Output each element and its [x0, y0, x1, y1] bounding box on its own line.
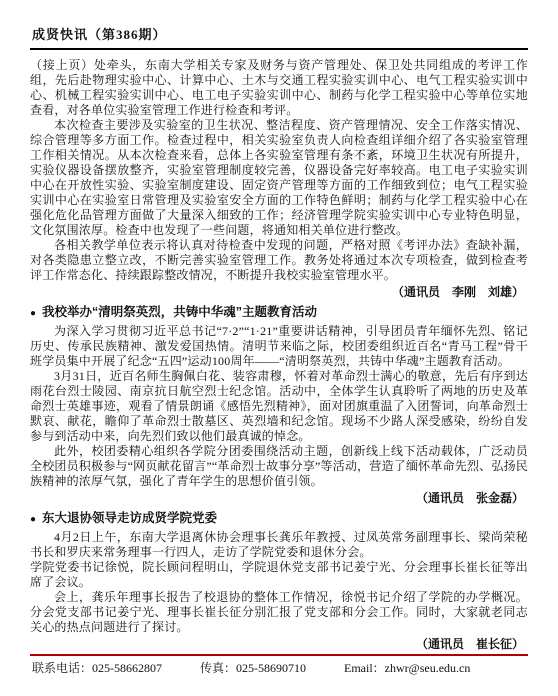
article3-paragraph: 会上，龚乐年理事长报告了校退协的整体工作情况，徐悦书记介绍了学院的办学概况。分会…: [30, 590, 528, 635]
article2-paragraph: 为深入学习贯彻习近平总书记“7·2”“1·21”重要讲话精神，引导团员青年缅怀先…: [30, 324, 528, 369]
bullet-icon: ●: [30, 512, 36, 528]
article1-paragraph: 本次检查主要涉及实验室的卫生状况、整洁程度、资产管理情况、安全工作落实情况、综合…: [30, 118, 528, 238]
article1-paragraph: 各相关教学单位表示将认真对待检查中发现的问题，严格对照《考评办法》查缺补漏，对各…: [30, 238, 528, 283]
newsletter-masthead: 成贤快讯（第386期）: [30, 24, 528, 50]
newsletter-body: （接上页）处牵头，东南大学相关专家及财务与资产管理处、保卫处共同组成的考评工作组…: [30, 50, 528, 654]
footer-fax: 传真：025-58690710: [200, 661, 306, 676]
article3-heading: ● 东大退协领导走访成贤学院党委: [30, 510, 528, 528]
article3-heading-text: 东大退协领导走访成贤学院党委: [42, 510, 217, 526]
article2-heading-text: 我校举办“清明祭英烈，共铸中华魂”主题教育活动: [42, 304, 317, 320]
newsletter-title: 成贤快讯（第386期）: [32, 27, 167, 42]
article2-paragraph: 3月31日，近百名师生胸佩白花、装容肃穆，怀着对革命烈士满心的敬意，先后有序到达…: [30, 369, 528, 444]
article1-paragraph: （接上页）处牵头，东南大学相关专家及财务与资产管理处、保卫处共同组成的考评工作组…: [30, 58, 528, 118]
article2-paragraph: 此外，校团委精心组织各学院分团委围绕活动主题，创新线上线下活动载体，广泛动员全校…: [30, 444, 528, 489]
article3-paragraph: 学院党委书记徐悦，院长顾问程明山，学院退休党支部书记姜宁光、分会理事长崔长征等出…: [30, 560, 528, 590]
article1-correspondent-signature: （通讯员 李刚 刘雄）: [30, 284, 528, 300]
bullet-icon: ●: [30, 306, 36, 322]
article3-paragraph: 4月2日上午，东南大学退离休协会理事长龚乐年教授、过凤英常务副理事长、梁尚荣秘书…: [30, 530, 528, 560]
article3-correspondent-signature: （通讯员 崔长征）: [30, 636, 528, 652]
article2-correspondent-signature: （通讯员 张金磊）: [30, 490, 528, 506]
footer-email: Email：zhwr@seu.edu.cn: [344, 661, 470, 676]
newsletter-footer: 联系电话：025-58662807 传真：025-58690710 Email：…: [30, 654, 528, 676]
newsletter-page: 成贤快讯（第386期） （接上页）处牵头，东南大学相关专家及财务与资产管理处、保…: [0, 0, 558, 696]
article2-heading: ● 我校举办“清明祭英烈，共铸中华魂”主题教育活动: [30, 304, 528, 322]
footer-phone: 联系电话：025-58662807: [32, 661, 162, 676]
